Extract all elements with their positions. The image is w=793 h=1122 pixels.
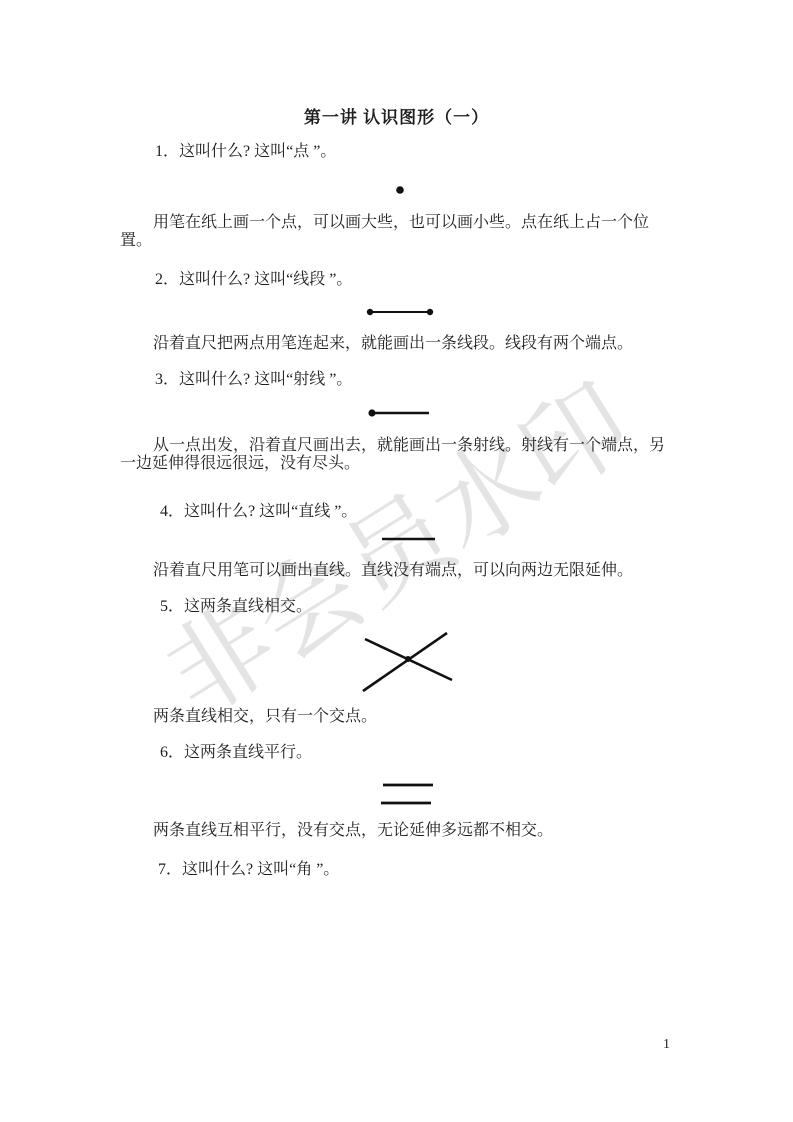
explanation-line: 两条直线互相平行，没有交点，无论延伸多远都不相交。	[120, 822, 678, 840]
question-item-2: 2．这叫什么? 这叫“线段 ”。	[155, 270, 352, 290]
question-item-1: 1．这叫什么? 这叫“点 ”。	[155, 142, 336, 162]
document-page: 非会员水印 第一讲 认识图形（一） 1．这叫什么? 这叫“点 ”。 用笔在纸上画…	[0, 0, 793, 1122]
page-content: 第一讲 认识图形（一） 1．这叫什么? 这叫“点 ”。 用笔在纸上画一个点，可以…	[0, 0, 793, 1122]
ray-figure	[365, 404, 435, 422]
lesson-title: 第一讲 认识图形（一）	[0, 107, 793, 129]
explanation-6: 两条直线互相平行，没有交点，无论延伸多远都不相交。	[120, 822, 678, 840]
explanation-4: 沿着直尺用笔可以画出直线。直线没有端点，可以向两边无限延伸。	[120, 562, 678, 580]
explanation-3: 从一点出发，沿着直尺画出去，就能画出一条射线。射线有一个端点，另 一边延伸得很远…	[120, 437, 678, 473]
explanation-line: 沿着直尺把两点用笔连起来，就能画出一条线段。线段有两个端点。	[120, 335, 678, 353]
question-item-5: 5．这两条直线相交。	[160, 597, 312, 617]
parallel-lines-figure	[378, 778, 438, 808]
line-segment-figure	[363, 303, 437, 321]
question-item-6: 6．这两条直线平行。	[160, 743, 312, 763]
explanation-line: 两条直线相交，只有一个交点。	[120, 708, 678, 726]
explanation-line: 沿着直尺用笔可以画出直线。直线没有端点，可以向两边无限延伸。	[120, 562, 678, 580]
intersecting-lines-figure	[357, 625, 459, 697]
question-item-3: 3．这叫什么? 这叫“射线 ”。	[155, 370, 352, 390]
explanation-5: 两条直线相交，只有一个交点。	[120, 708, 678, 726]
question-item-4: 4．这叫什么? 这叫“直线 ”。	[160, 502, 357, 522]
explanation-line: 置。	[120, 232, 678, 250]
explanation-line: 一边延伸得很远很远，没有尽头。	[120, 455, 678, 473]
explanation-line: 从一点出发，沿着直尺画出去，就能画出一条射线。射线有一个端点，另	[120, 437, 678, 455]
page-number: 1	[663, 1037, 670, 1053]
question-item-7: 7．这叫什么? 这叫“角 ”。	[158, 860, 339, 880]
explanation-2: 沿着直尺把两点用笔连起来，就能画出一条线段。线段有两个端点。	[120, 335, 678, 353]
straight-line-figure	[380, 531, 438, 547]
point-dot-figure	[392, 182, 408, 198]
explanation-1: 用笔在纸上画一个点，可以画大些，也可以画小些。点在纸上占一个位 置。	[120, 214, 678, 250]
explanation-line: 用笔在纸上画一个点，可以画大些，也可以画小些。点在纸上占一个位	[120, 214, 678, 232]
